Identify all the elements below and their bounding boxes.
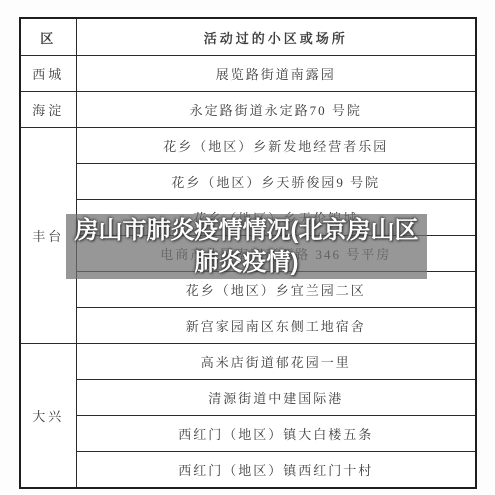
location-cell: 花乡（地区）乡新发地经营者乐园 (76, 128, 476, 164)
table-head: 区 活动过的小区或场所 (20, 18, 476, 56)
district-cell: 大兴 (20, 344, 76, 489)
table-row: 清源街道中建国际港 (20, 380, 476, 416)
location-cell: 展览路街道南露园 (76, 56, 476, 92)
location-cell: 永定路街道永定路70 号院 (76, 92, 476, 128)
district-cell: 西城 (20, 56, 76, 92)
location-cell: 高米店街道郁花园一里 (76, 344, 476, 380)
table-row: 西城展览路街道南露园 (20, 56, 476, 92)
table-row: 丰台花乡（地区）乡新发地经营者乐园 (20, 128, 476, 164)
location-cell: 清源街道中建国际港 (76, 380, 476, 416)
watermark-overlay: 房山市肺炎疫情情况(北京房山区肺炎疫情) (66, 214, 427, 279)
location-cell: 新宫家园南区东侧工地宿舍 (76, 308, 476, 344)
table-row: 新宫家园南区东侧工地宿舍 (20, 308, 476, 344)
locations-column-header: 活动过的小区或场所 (76, 18, 476, 56)
table-row: 西红门（地区）镇西红门十村 (20, 452, 476, 489)
table-row: 西红门（地区）镇大白楼五条 (20, 416, 476, 452)
district-cell: 海淀 (20, 92, 76, 128)
page: 区 活动过的小区或场所 西城展览路街道南露园海淀永定路街道永定路70 号院丰台花… (0, 0, 495, 495)
location-cell: 花乡（地区）乡天骄俊园9 号院 (76, 164, 476, 200)
location-cell: 西红门（地区）镇西红门十村 (76, 452, 476, 489)
location-cell: 西红门（地区）镇大白楼五条 (76, 416, 476, 452)
table-row: 大兴高米店街道郁花园一里 (20, 344, 476, 380)
table-header-row: 区 活动过的小区或场所 (20, 18, 476, 56)
table-row: 花乡（地区）乡天骄俊园9 号院 (20, 164, 476, 200)
district-column-header: 区 (20, 18, 76, 56)
watermark-title: 房山市肺炎疫情情况(北京房山区肺炎疫情) (66, 215, 427, 279)
table-row: 海淀永定路街道永定路70 号院 (20, 92, 476, 128)
